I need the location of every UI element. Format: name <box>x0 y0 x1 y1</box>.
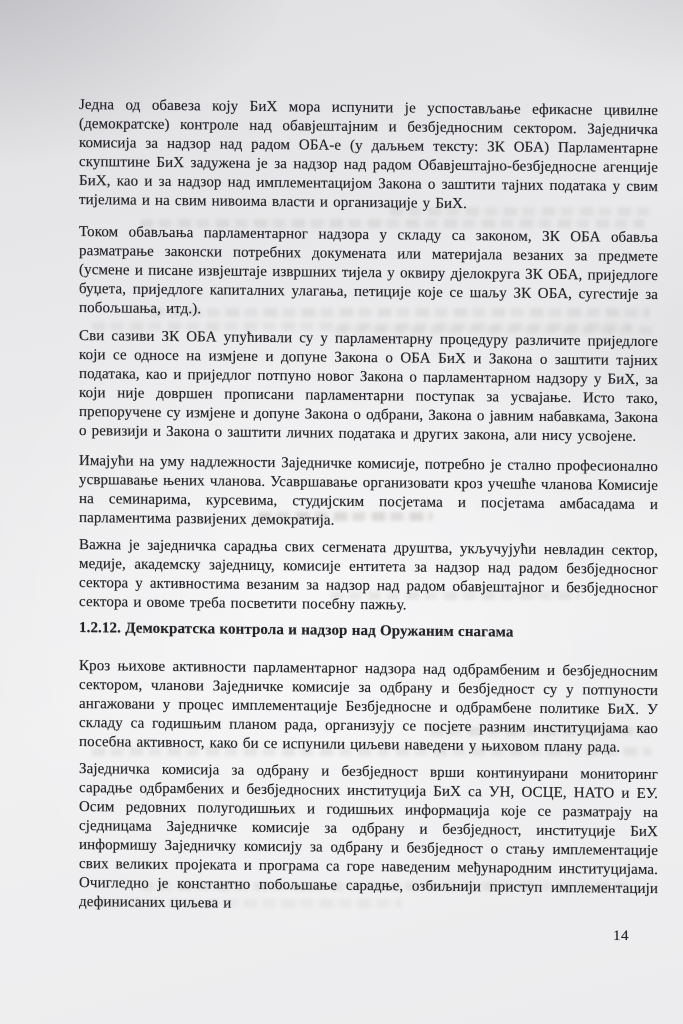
paragraph-2: Током обављања парламентарног надзора у … <box>79 223 658 324</box>
paper-page: Једна од обавеза коју БиХ мора испунити … <box>0 0 683 1024</box>
document-photo: Једна од обавеза коју БиХ мора испунити … <box>0 0 683 1024</box>
paragraph-4: Имајући на уму надлежности Заједничке ко… <box>79 452 658 534</box>
paragraph-3: Сви сазиви ЗК ОБА упућивали су у парламе… <box>79 327 658 447</box>
paragraph-6: Кроз њихове активности парламентарног на… <box>79 657 658 758</box>
text-block: Једна од обавеза коју БиХ мора испунити … <box>79 96 658 918</box>
paragraph-7: Заједничка комисија за одбрану и безбјед… <box>79 760 658 918</box>
page-number: 14 <box>613 927 653 946</box>
paragraph-5: Важна је заједничка сарадња свих сегмена… <box>79 536 658 618</box>
paragraph-1: Једна од обавеза коју БиХ мора испунити … <box>79 96 658 216</box>
section-heading-1-2-12: 1.2.12. Демократска контрола и надзор на… <box>79 618 658 644</box>
